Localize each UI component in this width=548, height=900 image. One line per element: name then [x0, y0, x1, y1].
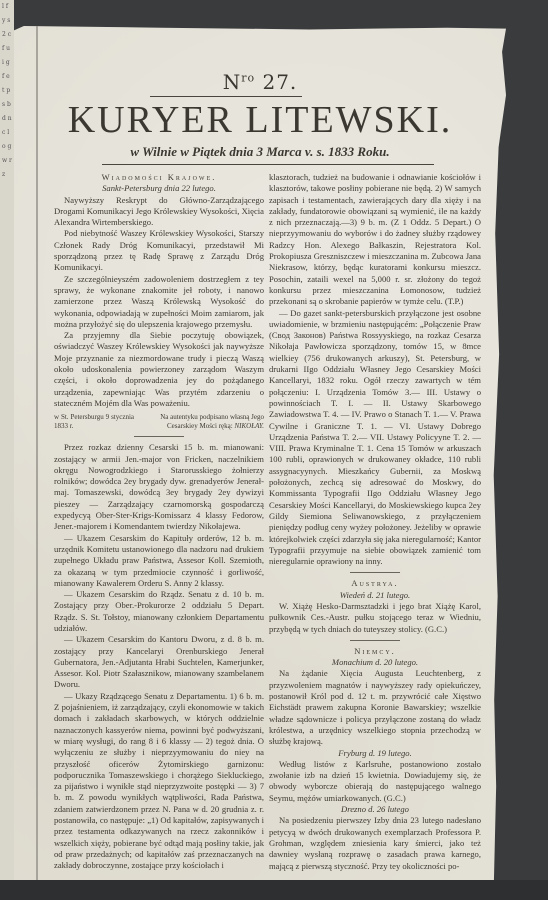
article-paragraph: Na posiedzeniu pierwszey Izby dnia 23 lu… — [269, 815, 481, 871]
adjacent-page-edge: l f y s 2 c f u i g f e t p s b d n c l … — [0, 0, 14, 900]
separator-rule — [350, 572, 400, 573]
issue-number: Nro 27. — [14, 70, 506, 94]
dateline-vienna: Wiedeń d. 21 lutego. — [269, 590, 481, 601]
scan-background-bottom — [0, 880, 548, 900]
section-title-domestic-news: Wiadomości Krajowe. — [54, 172, 264, 183]
article-paragraph: Naywyższy Reskrypt do Główno-Zarządzając… — [54, 195, 264, 229]
article-paragraph: — Do gazet sankt-petersburskich przyłącz… — [269, 308, 481, 568]
article-paragraph: Ze szczególnieyszém zadowoleniem dostrze… — [54, 274, 264, 330]
article-paragraph: Za przyjemny dla Siebie poczytuję obowią… — [54, 330, 264, 409]
separator-rule — [134, 436, 184, 437]
adjacent-page-text-fragments: l f y s 2 c f u i g f e t p s b d n c l … — [2, 0, 12, 880]
dateline-munich: Monachium d. 20 lutego. — [269, 657, 481, 668]
issue-dateline: w Wilnie w Piątek dnia 3 Marca v. s. 183… — [14, 144, 506, 160]
article-paragraph: — Ukazy Rządzącego Senatu z Departamentu… — [54, 691, 264, 872]
masthead-rule-top — [150, 96, 302, 97]
article-paragraph: — Ukazem Cesarskim do Kapituły orderów, … — [54, 533, 264, 589]
newspaper-page: Nro 27. KURYER LITEWSKI. w Wilnie w Piąt… — [14, 26, 506, 890]
signature-note: Na autentyku podpisano własną Jego Cesar… — [144, 413, 264, 431]
rescript-signature: w St. Petersburgu 9 stycznia 1833 r. Na … — [54, 413, 264, 431]
article-paragraph: klasztorach, tudzież na budowanie i odna… — [269, 172, 481, 308]
left-column: Wiadomości Krajowe. Sankt-Petersburg dni… — [54, 172, 264, 872]
article-paragraph: Według listów z Karlsruhe, postanowiono … — [269, 759, 481, 804]
article-paragraph: — Ukazem Cesarskim do Kantoru Dworu, z d… — [54, 634, 264, 690]
right-column: klasztorach, tudzież na budowanie i odna… — [269, 172, 481, 872]
article-paragraph: Pod niebytność Waszey Królewskiey Wysoko… — [54, 228, 264, 273]
dateline-freiburg: Fryburg d. 19 lutego. — [269, 748, 481, 759]
article-paragraph: — Ukazem Cesarskim do Rządz. Senatu z d.… — [54, 589, 264, 634]
masthead-rule-bottom — [102, 164, 434, 165]
separator-rule — [350, 640, 400, 641]
dateline-dresden: Drezno d. 26 lutego — [269, 804, 481, 815]
article-paragraph: Przez rozkaz dzienny Cesarski 15 b. m. m… — [54, 442, 264, 532]
article-paragraph: W. Xiążę Hesko-Darmsztadzki i jego brat … — [269, 601, 481, 635]
dateline-st-petersburg: Sankt-Petersburg dnia 22 lutego. — [54, 183, 264, 194]
newspaper-title: KURYER LITEWSKI. — [14, 98, 506, 142]
section-title-germany: Niemcy. — [269, 646, 481, 657]
signature-place-date: w St. Petersburgu 9 stycznia 1833 r. — [54, 413, 134, 431]
section-title-austria: Austrya. — [269, 578, 481, 589]
article-paragraph: Na żądanie Xięcia Augusta Leuchtenberg, … — [269, 668, 481, 747]
